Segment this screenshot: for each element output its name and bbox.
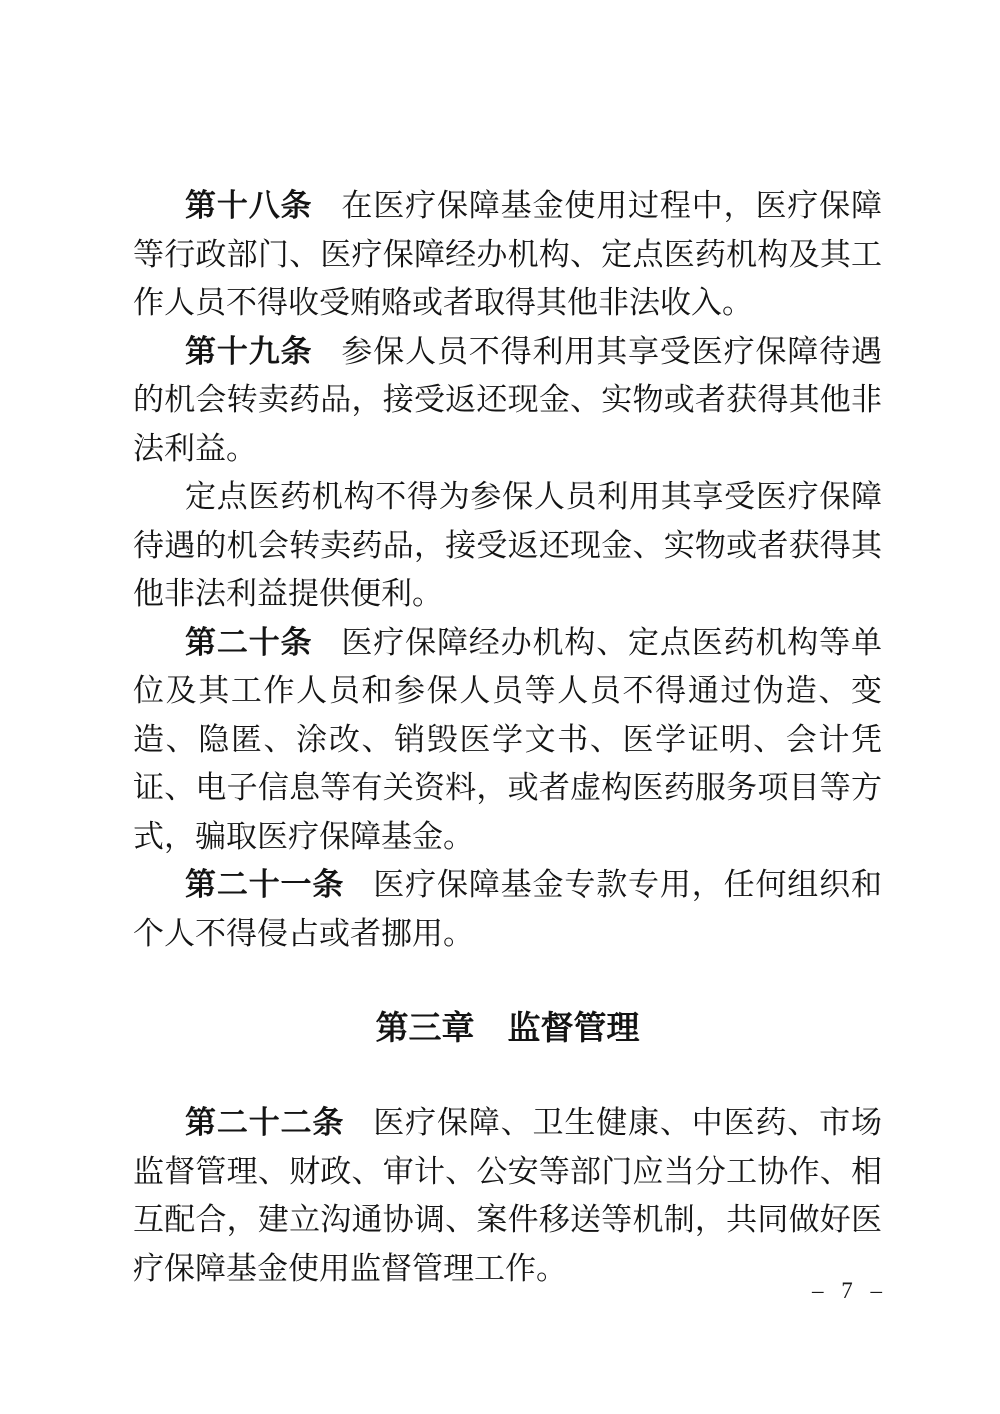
article-21-number: 第二十一条 [185,867,344,902]
chapter-heading: 第三章 监督管理 [133,1004,882,1052]
article-18-number: 第十八条 [185,188,312,223]
article-20-number: 第二十条 [185,625,312,660]
paragraph-article-21: 第二十一条医疗保障基金专款专用，任何组织和个人不得侵占或者挪用。 [133,861,882,958]
article-19-paragraph-2-text: 定点医药机构不得为参保人员利用其享受医疗保障待遇的机会转卖药品，接受返还现金、实… [133,479,882,611]
article-22-number: 第二十二条 [185,1105,344,1140]
document-body: 第十八条在医疗保障基金使用过程中，医疗保障等行政部门、医疗保障经办机构、定点医药… [133,182,882,1293]
paragraph-article-19-continuation: 定点医药机构不得为参保人员利用其享受医疗保障待遇的机会转卖药品，接受返还现金、实… [133,473,882,619]
article-19-number: 第十九条 [185,334,312,369]
paragraph-article-18: 第十八条在医疗保障基金使用过程中，医疗保障等行政部门、医疗保障经办机构、定点医药… [133,182,882,328]
document-page: 第十八条在医疗保障基金使用过程中，医疗保障等行政部门、医疗保障经办机构、定点医药… [0,0,1000,1414]
paragraph-article-22: 第二十二条医疗保障、卫生健康、中医药、市场监督管理、财政、审计、公安等部门应当分… [133,1099,882,1293]
paragraph-article-20: 第二十条医疗保障经办机构、定点医药机构等单位及其工作人员和参保人员等人员不得通过… [133,619,882,862]
paragraph-article-19: 第十九条参保人员不得利用其享受医疗保障待遇的机会转卖药品，接受返还现金、实物或者… [133,328,882,474]
page-number: – 7 – [812,1278,888,1304]
